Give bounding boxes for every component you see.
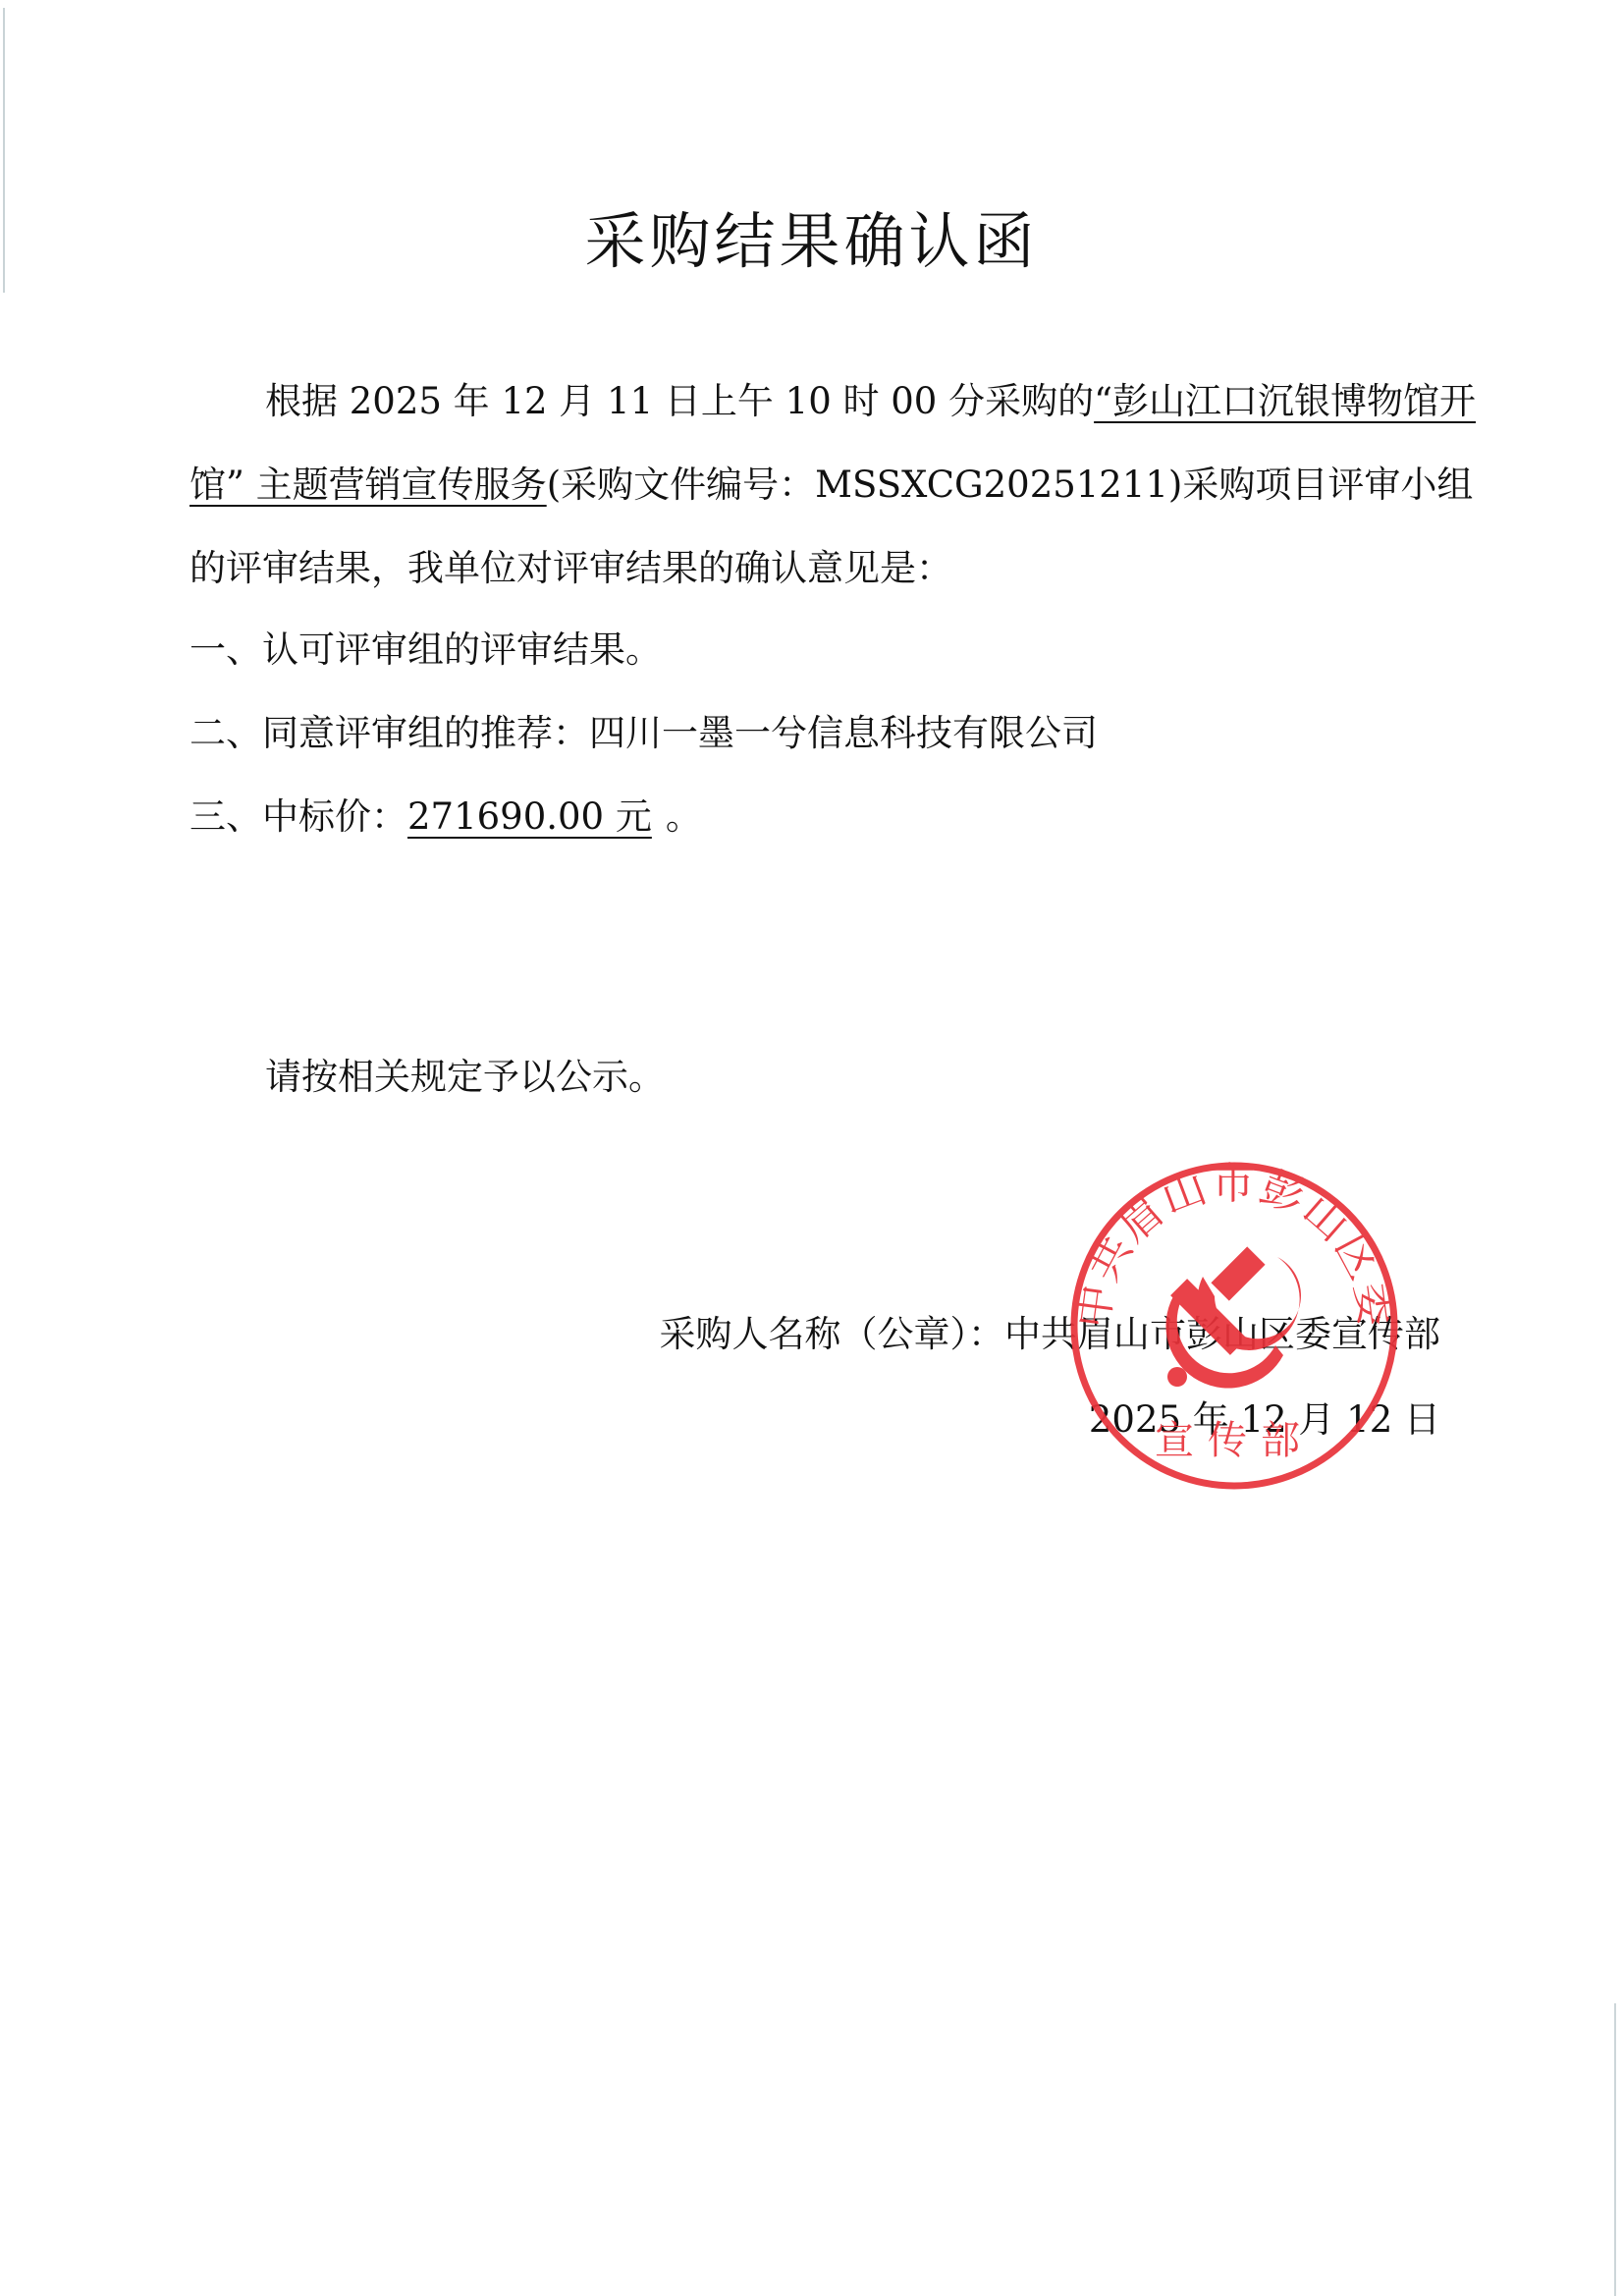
winning-price: 271690.00 元 <box>407 795 666 838</box>
item-2-prefix: 二、 <box>189 712 262 754</box>
item-2-text: 同意评审组的推荐： <box>262 712 589 754</box>
purchaser-name: 中共眉山市彭山区委宣传部 <box>1004 1313 1440 1355</box>
body-line-1-prefix: 根据 2025 年 12 月 11 日上午 10 时 00 分采购的 <box>265 380 1094 422</box>
item-1-prefix: 一、 <box>189 629 262 671</box>
item-3: 三、中标价：271690.00 元。 <box>189 798 702 835</box>
signature-line: 采购人名称（公章）：中共眉山市彭山区委宣传部 <box>660 1316 1441 1352</box>
body-line-2-suffix: (采购文件编号：MSSXCG20251211)采购项目评审小组 <box>547 464 1474 506</box>
seal-top-text: 中共眉山市彭山区委 <box>1067 1159 1400 1331</box>
project-name-part-1: “彭山江口沉银博物馆开 <box>1094 380 1476 422</box>
scan-edge-right <box>1614 2003 1616 2296</box>
body-line-2: 馆” 主题营销宣传服务(采购文件编号：MSSXCG20251211)采购项目评审… <box>189 466 1473 503</box>
price-suffix: 。 <box>666 795 702 838</box>
item-2: 二、同意评审组的推荐：四川一墨一兮信息科技有限公司 <box>189 715 1098 751</box>
body-line-1: 根据 2025 年 12 月 11 日上午 10 时 00 分采购的“彭山江口沉… <box>265 383 1476 419</box>
item-3-prefix: 三、 <box>189 795 262 838</box>
item-3-text: 中标价： <box>262 795 407 838</box>
item-1-text: 认可评审组的评审结果。 <box>262 629 662 671</box>
document-date: 2025 年 12 月 12 日 <box>1089 1401 1440 1438</box>
signature-label: 采购人名称（公章）： <box>660 1313 1005 1355</box>
item-1: 一、认可评审组的评审结果。 <box>189 631 662 668</box>
recommended-company: 四川一墨一兮信息科技有限公司 <box>589 712 1098 754</box>
closing-line: 请按相关规定予以公示。 <box>265 1059 665 1095</box>
document-title: 采购结果确认函 <box>0 192 1623 280</box>
body-line-3: 的评审结果，我单位对评审结果的确认意见是： <box>189 550 952 586</box>
project-name-part-2: 馆” 主题营销宣传服务 <box>189 464 547 506</box>
